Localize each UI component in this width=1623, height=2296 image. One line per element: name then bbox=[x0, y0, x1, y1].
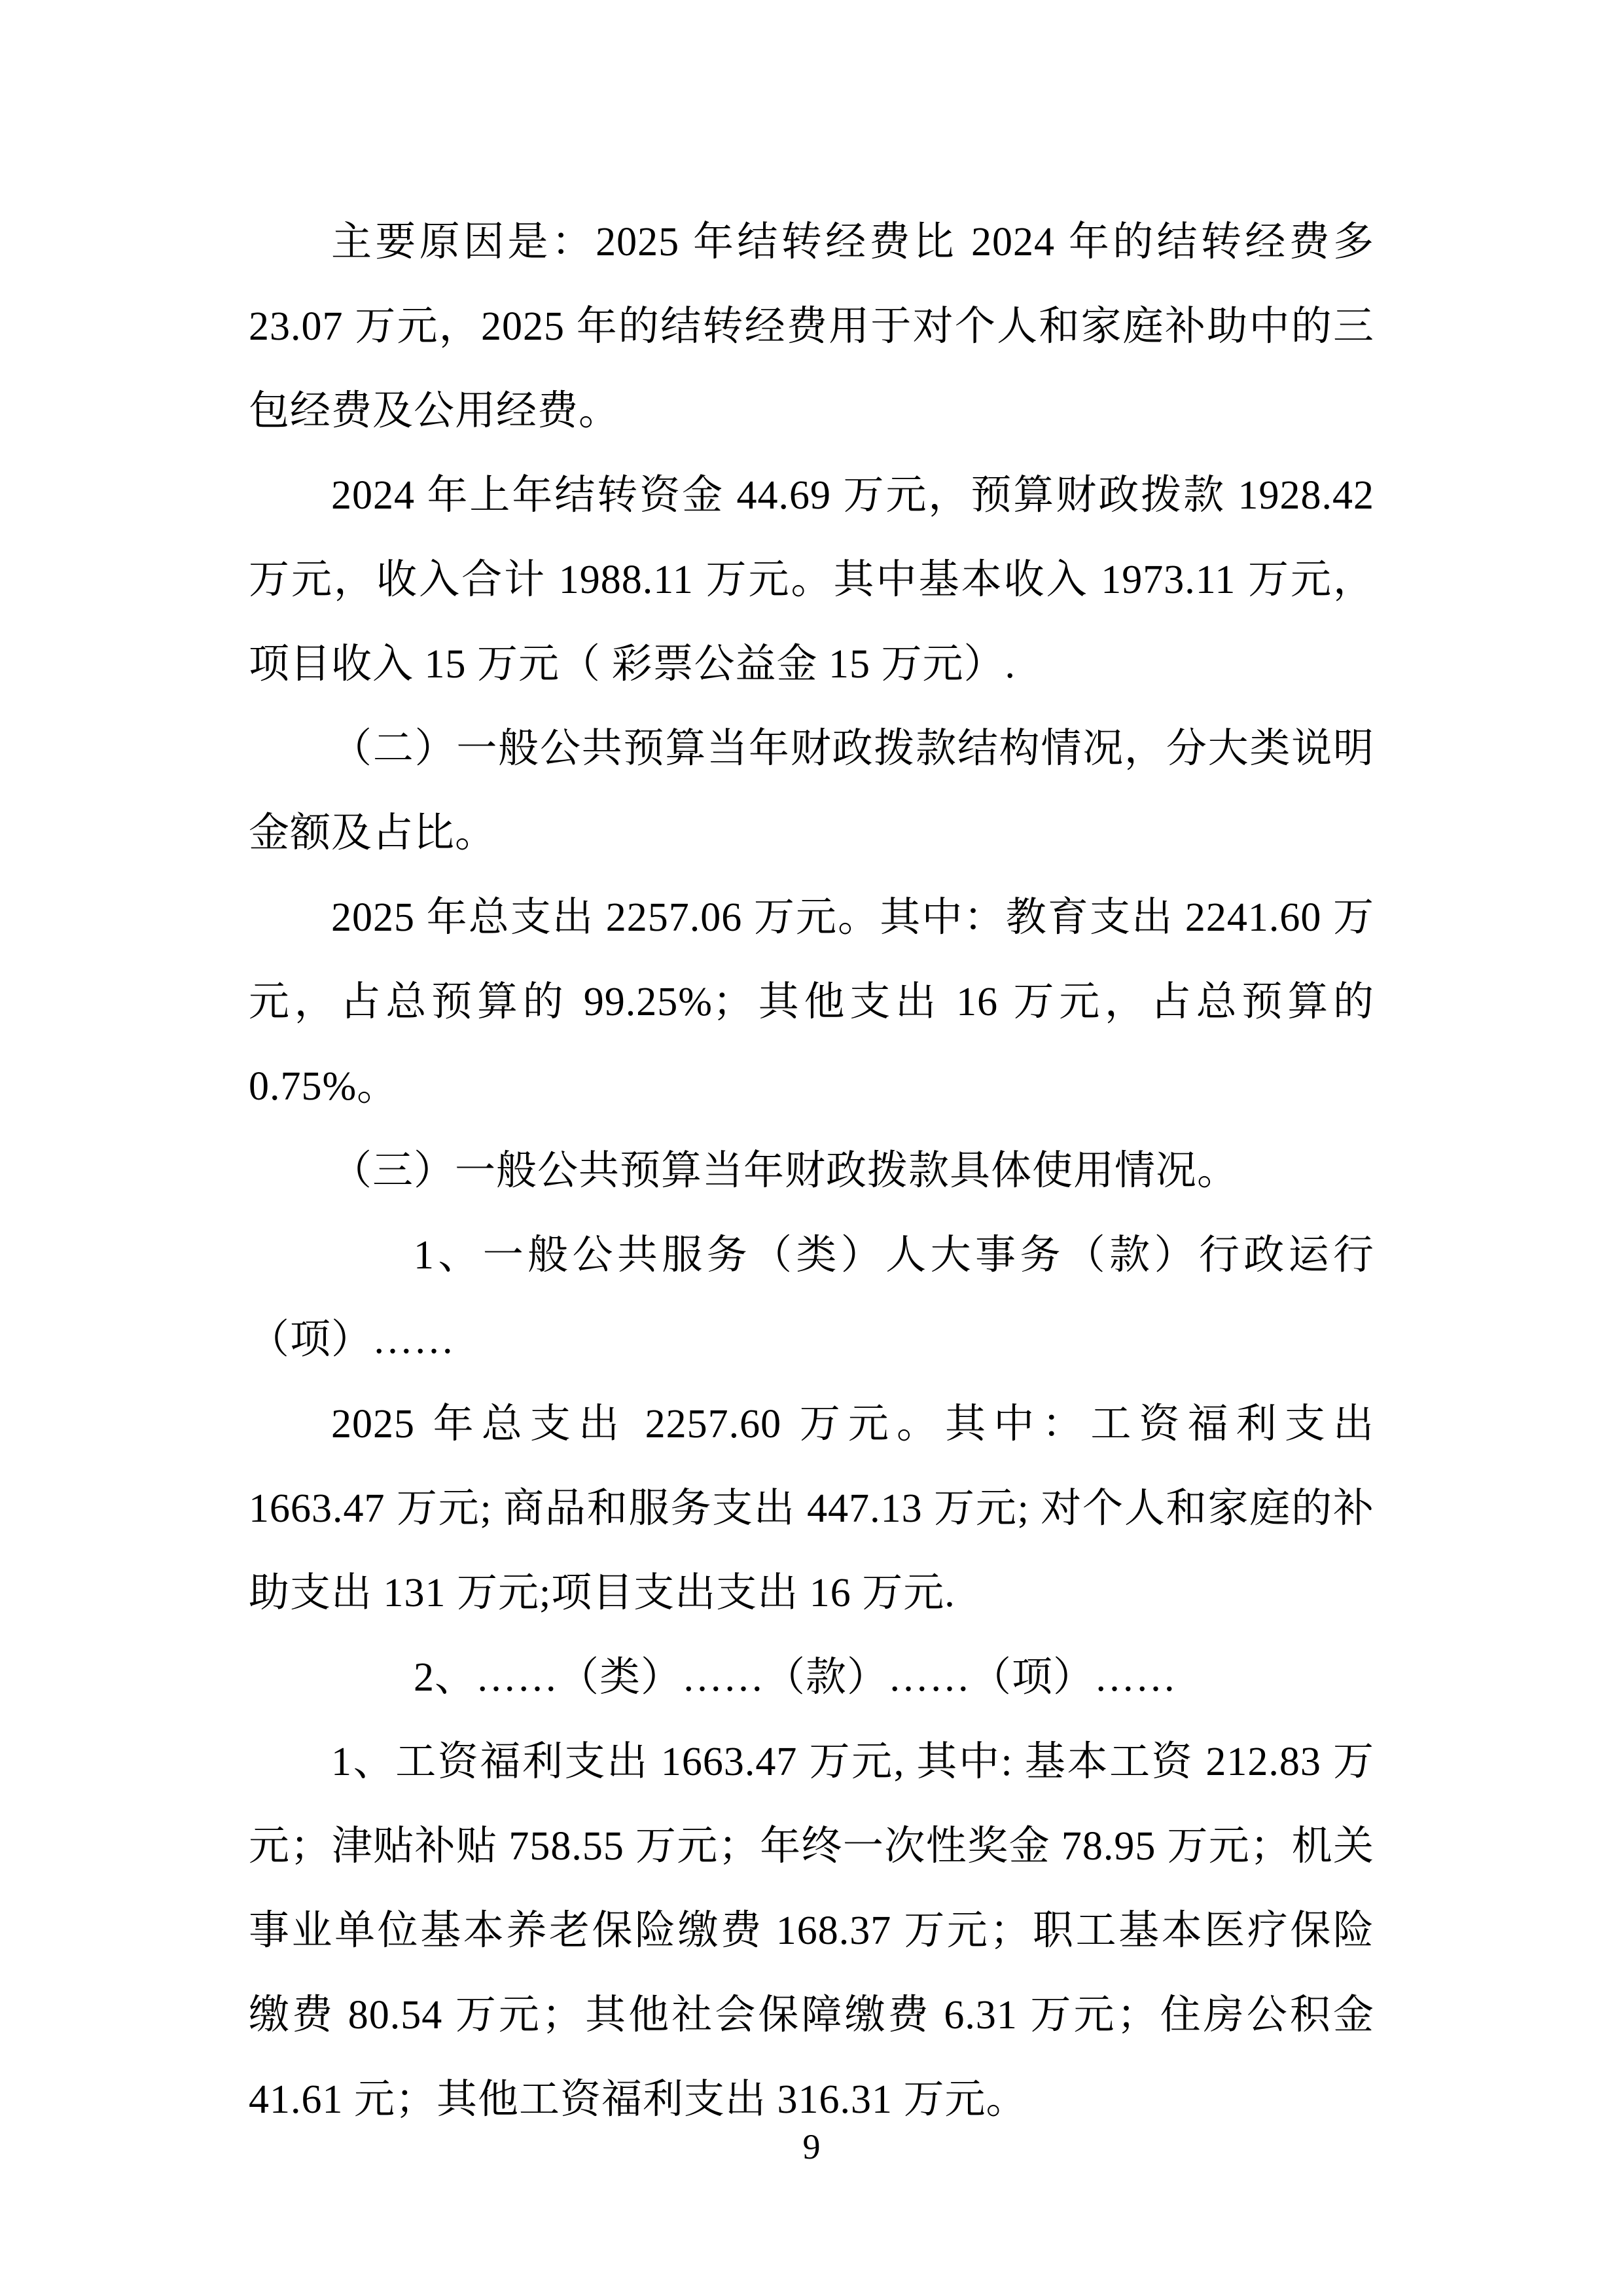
paragraph-main-reason: 主要原因是：2025 年结转经费比 2024 年的结转经费多 23.07 万元，… bbox=[249, 200, 1374, 454]
page-number: 9 bbox=[0, 2126, 1623, 2168]
paragraph-item-2-category: 2、……（类）……（款）……（项）…… bbox=[249, 1636, 1374, 1720]
paragraph-2024-carryover: 2024 年上年结转资金 44.69 万元，预算财政拨款 1928.42 万元，… bbox=[249, 454, 1374, 707]
document-page: 主要原因是：2025 年结转经费比 2024 年的结转经费多 23.07 万元，… bbox=[0, 0, 1623, 2296]
document-body: 主要原因是：2025 年结转经费比 2024 年的结转经费多 23.07 万元，… bbox=[249, 200, 1374, 2142]
paragraph-item-1-category: 1、一般公共服务（类）人大事务（款）行政运行（项）…… bbox=[249, 1213, 1374, 1382]
paragraph-salary-welfare-detail: 1、工资福利支出 1663.47 万元, 其中: 基本工资 212.83 万元；… bbox=[249, 1720, 1374, 2142]
paragraph-section-2-heading: （二）一般公共预算当年财政拨款结构情况，分大类说明金额及占比。 bbox=[249, 707, 1374, 876]
paragraph-section-3-heading: （三）一般公共预算当年财政拨款具体使用情况。 bbox=[249, 1129, 1374, 1213]
paragraph-2025-total-structure: 2025 年总支出 2257.06 万元。其中：教育支出 2241.60 万元，… bbox=[249, 876, 1374, 1129]
paragraph-2025-total-usage: 2025 年总支出 2257.60 万元。其中：工资福利支出 1663.47 万… bbox=[249, 1382, 1374, 1636]
